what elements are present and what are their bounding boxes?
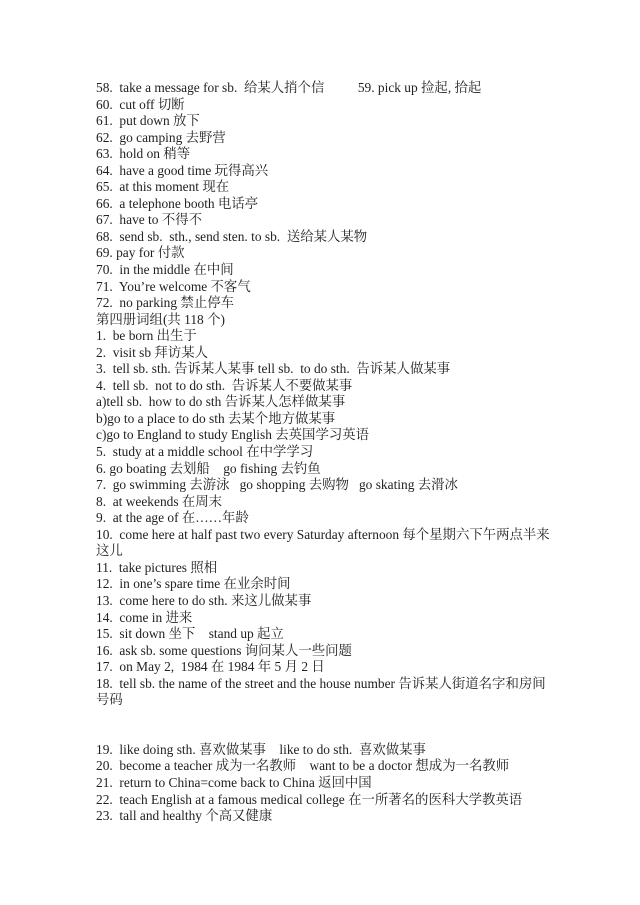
phrase-line: 10. come here at half past two every Sat… — [96, 527, 640, 544]
phrase-line: 2. visit sb 拜访某人 — [96, 345, 640, 362]
phrase-line: 66. a telephone booth 电话亭 — [96, 196, 640, 213]
phrase-line: 61. put down 放下 — [96, 113, 640, 130]
phrase-line: 15. sit down 坐下 stand up 起立 — [96, 626, 640, 643]
phrase-line: 12. in one’s spare time 在业余时间 — [96, 576, 640, 593]
phrase-line: c)go to England to study English 去英国学习英语 — [96, 427, 640, 444]
phrase-line: 62. go camping 去野营 — [96, 130, 640, 147]
phrase-line: 第四册词组(共 118 个) — [96, 312, 640, 329]
phrase-line: 16. ask sb. some questions 询问某人一些问题 — [96, 643, 640, 660]
phrase-line: 5. study at a middle school 在中学学习 — [96, 444, 640, 461]
phrase-line: 64. have a good time 玩得高兴 — [96, 163, 640, 180]
phrase-line: 13. come here to do sth. 来这儿做某事 — [96, 593, 640, 610]
phrase-line: 6. go boating 去划船 go fishing 去钓鱼 — [96, 461, 640, 478]
phrase-line: 1. be born 出生于 — [96, 328, 640, 345]
phrase-line: 63. hold on 稍等 — [96, 146, 640, 163]
phrase-line: 19. like doing sth. 喜欢做某事 like to do sth… — [96, 742, 640, 759]
phrase-line: 号码 — [96, 692, 640, 709]
phrase-line: 22. teach English at a famous medical co… — [96, 792, 640, 809]
phrase-line: 这儿 — [96, 543, 640, 560]
phrase-line: 18. tell sb. the name of the street and … — [96, 676, 640, 693]
phrase-line: 65. at this moment 现在 — [96, 179, 640, 196]
phrase-line — [96, 709, 640, 726]
phrase-line: b)go to a place to do sth 去某个地方做某事 — [96, 411, 640, 428]
document-page: 58. take a message for sb. 给某人捎个信 59. pi… — [0, 0, 640, 905]
phrase-line: 69. pay for 付款 — [96, 245, 640, 262]
phrase-line: 21. return to China=come back to China 返… — [96, 775, 640, 792]
phrase-line: 14. come in 进来 — [96, 610, 640, 627]
phrase-line: 8. at weekends 在周末 — [96, 494, 640, 511]
phrase-line: 60. cut off 切断 — [96, 97, 640, 114]
phrase-line: 68. send sb. sth., send sten. to sb. 送给某… — [96, 229, 640, 246]
phrase-list: 58. take a message for sb. 给某人捎个信 59. pi… — [0, 0, 640, 825]
phrase-line: 20. become a teacher 成为一名教师 want to be a… — [96, 758, 640, 775]
phrase-line: 58. take a message for sb. 给某人捎个信 59. pi… — [96, 80, 640, 97]
phrase-line — [96, 725, 640, 742]
phrase-line: 71. You’re welcome 不客气 — [96, 279, 640, 296]
phrase-line: 23. tall and healthy 个高又健康 — [96, 808, 640, 825]
phrase-line: 4. tell sb. not to do sth. 告诉某人不要做某事 — [96, 378, 640, 395]
phrase-line: a)tell sb. how to do sth 告诉某人怎样做某事 — [96, 394, 640, 411]
phrase-line: 17. on May 2, 1984 在 1984 年 5 月 2 日 — [96, 659, 640, 676]
phrase-line: 70. in the middle 在中间 — [96, 262, 640, 279]
phrase-line: 3. tell sb. sth. 告诉某人某事 tell sb. to do s… — [96, 361, 640, 378]
phrase-line: 7. go swimming 去游泳 go shopping 去购物 go sk… — [96, 477, 640, 494]
phrase-line: 11. take pictures 照相 — [96, 560, 640, 577]
phrase-line: 9. at the age of 在……年龄 — [96, 510, 640, 527]
phrase-line: 72. no parking 禁止停车 — [96, 295, 640, 312]
phrase-line: 67. have to 不得不 — [96, 212, 640, 229]
